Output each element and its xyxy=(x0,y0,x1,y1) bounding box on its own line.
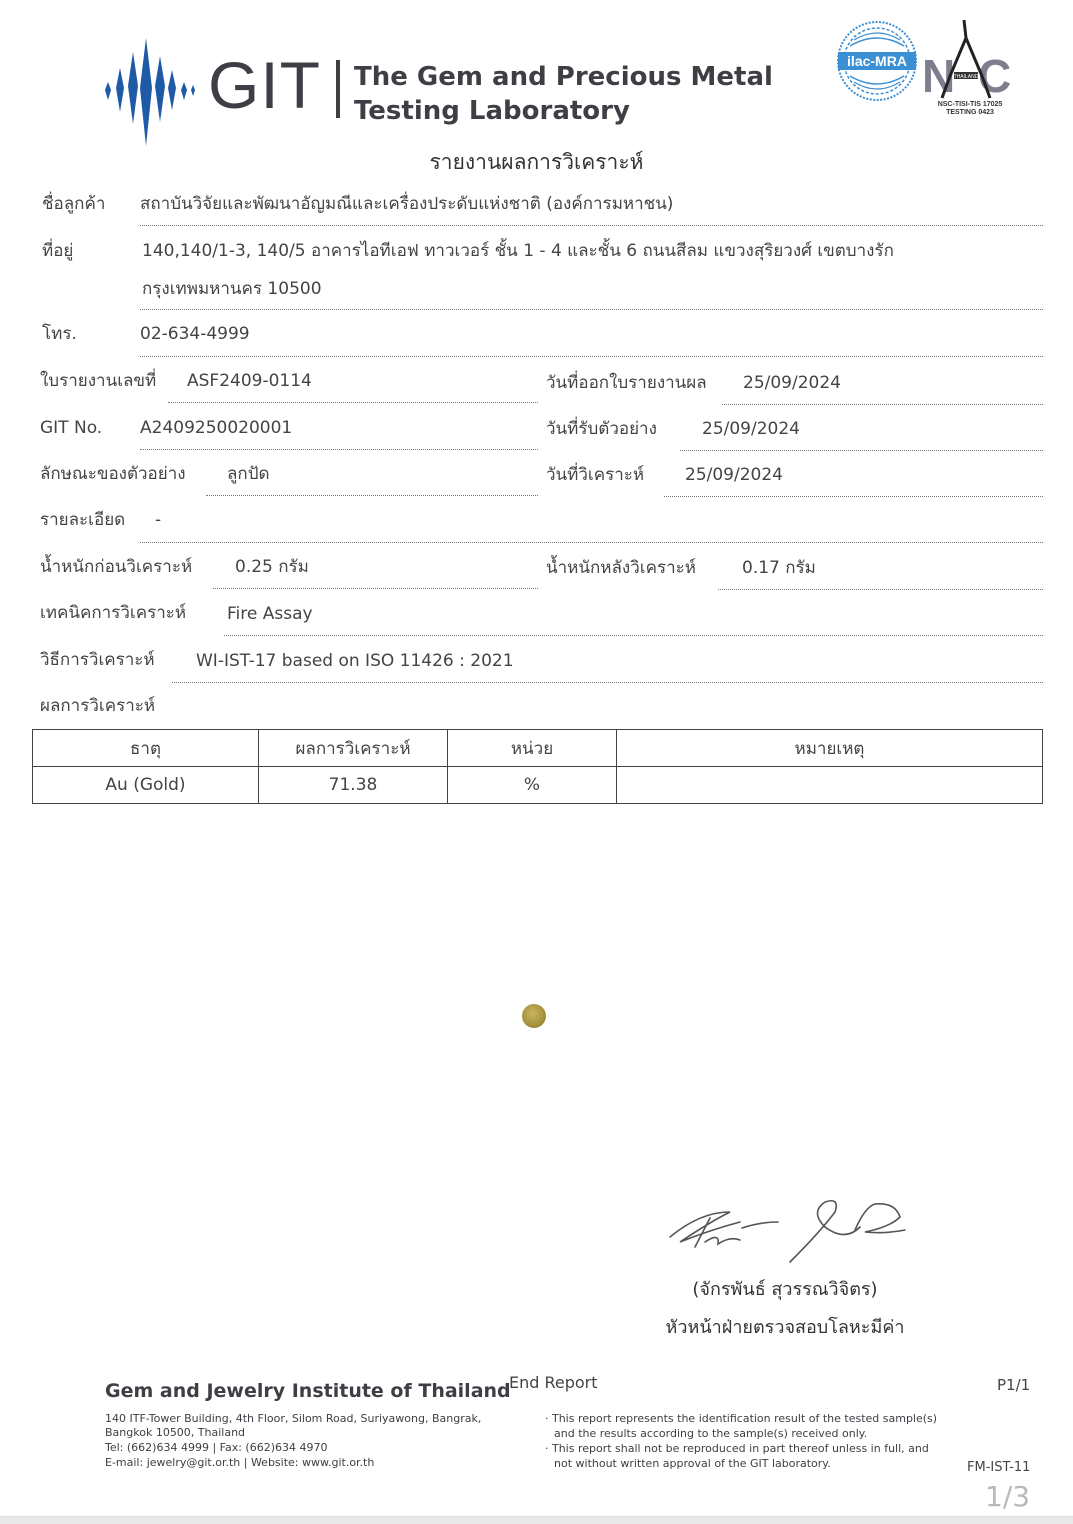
dotted-line xyxy=(172,682,1043,683)
received-date-label: วันที่รับตัวอย่าง xyxy=(546,418,657,440)
page-code: P1/1 xyxy=(997,1376,1030,1394)
sample-type-label: ลักษณะของตัวอย่าง xyxy=(40,463,186,485)
phone-value: 02-634-4999 xyxy=(140,323,250,345)
git-no-value: A2409250020001 xyxy=(140,417,292,439)
note2-line1: · This report shall not be reproduced in… xyxy=(545,1441,975,1456)
signer-name: (จักรพันธ์ สุวรรณวิจิตร) xyxy=(660,1274,910,1303)
header-result: ผลการวิเคราะห์ xyxy=(259,730,448,767)
sample-type-value: ลูกปัด xyxy=(227,463,270,485)
dotted-line xyxy=(213,588,538,589)
dotted-line xyxy=(206,495,538,496)
results-label: ผลการวิเคราะห์ xyxy=(40,695,155,717)
issue-date-value: 25/09/2024 xyxy=(743,372,841,394)
issue-date-label: วันที่ออกใบรายงานผล xyxy=(546,372,707,394)
logo-text: GIT xyxy=(208,52,321,118)
form-code: FM-IST-11 xyxy=(967,1460,1030,1475)
svg-text:TESTING 0423: TESTING 0423 xyxy=(946,109,994,116)
address-line2: กรุงเทพมหานคร 10500 xyxy=(142,278,322,300)
table-row: Au (Gold) 71.38 % xyxy=(33,767,1043,804)
note2-line2: not without written approval of the GIT … xyxy=(554,1456,984,1471)
phone-label: โทร. xyxy=(42,323,77,345)
footer-contact: Tel: (662)634 4999 | Fax: (662)634 4970 xyxy=(105,1440,327,1455)
dotted-line xyxy=(718,589,1043,590)
cell-remark xyxy=(617,767,1043,804)
dotted-line xyxy=(664,496,1043,497)
received-date-value: 25/09/2024 xyxy=(702,418,800,440)
weight-after-value: 0.17 กรัม xyxy=(742,557,816,579)
report-no-label: ใบรายงานเลขที่ xyxy=(40,370,156,392)
viewer-page-indicator: 1/3 xyxy=(985,1480,1030,1513)
lab-name-line1: The Gem and Precious Metal xyxy=(354,62,773,92)
method-label: วิธีการวิเคราะห์ xyxy=(40,649,155,671)
logo-divider xyxy=(336,60,340,118)
dotted-line xyxy=(140,309,1043,310)
footer-web: E-mail: jewelry@git.or.th | Website: www… xyxy=(105,1455,374,1470)
ilac-mra-badge-icon: ilac-MRA xyxy=(836,20,918,102)
weight-after-label: น้ำหนักหลังวิเคราะห์ xyxy=(546,557,696,579)
footer-address-line1: 140 ITF-Tower Building, 4th Floor, Silom… xyxy=(105,1411,481,1426)
dotted-line xyxy=(680,450,1043,451)
report-title: รายงานผลการวิเคราะห์ xyxy=(0,146,1073,179)
dotted-line xyxy=(140,542,1043,543)
cell-element: Au (Gold) xyxy=(33,767,259,804)
note1-line2: and the results according to the sample(… xyxy=(554,1426,984,1441)
footer-org-name: Gem and Jewelry Institute of Thailand xyxy=(105,1380,511,1402)
detail-value: - xyxy=(155,509,161,531)
note1-line1: · This report represents the identificat… xyxy=(545,1411,975,1426)
dotted-line xyxy=(140,225,1043,226)
ilac-text: ilac-MRA xyxy=(847,53,907,69)
end-report-label: End Report xyxy=(509,1373,598,1392)
cell-unit: % xyxy=(448,767,617,804)
dotted-line xyxy=(722,404,1043,405)
header-unit: หน่วย xyxy=(448,730,617,767)
technique-value: Fire Assay xyxy=(227,603,313,625)
customer-name-value: สถาบันวิจัยและพัฒนาอัญมณีและเครื่องประดั… xyxy=(140,193,673,215)
analysis-date-label: วันที่วิเคราะห์ xyxy=(546,464,644,486)
header-element: ธาตุ xyxy=(33,730,259,767)
table-header-row: ธาตุ ผลการวิเคราะห์ หน่วย หมายเหตุ xyxy=(33,730,1043,767)
dotted-line xyxy=(224,635,1043,636)
detail-label: รายละเอียด xyxy=(40,509,125,531)
nac-accreditation-badge-icon: N C THAILAND NSC-TISI-TIS 17025 TESTING … xyxy=(920,18,1020,118)
viewer-bottom-bar xyxy=(0,1516,1073,1524)
cell-result: 71.38 xyxy=(259,767,448,804)
footer-address-line2: Bangkok 10500, Thailand xyxy=(105,1425,245,1440)
sample-bead-image xyxy=(522,1004,546,1028)
results-table: ธาตุ ผลการวิเคราะห์ หน่วย หมายเหตุ Au (G… xyxy=(32,729,1043,804)
dotted-line xyxy=(140,356,1043,357)
svg-text:THAILAND: THAILAND xyxy=(954,74,979,80)
address-label: ที่อยู่ xyxy=(42,240,73,262)
header-remark: หมายเหตุ xyxy=(617,730,1043,767)
git-no-label: GIT No. xyxy=(40,417,102,439)
signature-image xyxy=(660,1192,920,1272)
technique-label: เทคนิคการวิเคราะห์ xyxy=(40,602,186,624)
method-value: WI-IST-17 based on ISO 11426 : 2021 xyxy=(196,650,514,672)
weight-before-value: 0.25 กรัม xyxy=(235,556,309,578)
weight-before-label: น้ำหนักก่อนวิเคราะห์ xyxy=(40,556,192,578)
customer-name-label: ชื่อลูกค้า xyxy=(42,193,105,215)
dotted-line xyxy=(140,449,538,450)
address-line1: 140,140/1-3, 140/5 อาคารไอทีเอฟ ทาวเวอร์… xyxy=(142,240,894,262)
signer-title: หัวหน้าฝ่ายตรวจสอบโลหะมีค่า xyxy=(655,1312,915,1341)
git-logo-icon xyxy=(100,38,200,146)
report-no-value: ASF2409-0114 xyxy=(187,370,312,392)
lab-name-line2: Testing Laboratory xyxy=(354,96,630,126)
analysis-date-value: 25/09/2024 xyxy=(685,464,783,486)
svg-text:NSC-TISI-TIS 17025: NSC-TISI-TIS 17025 xyxy=(938,101,1003,108)
dotted-line xyxy=(168,402,538,403)
